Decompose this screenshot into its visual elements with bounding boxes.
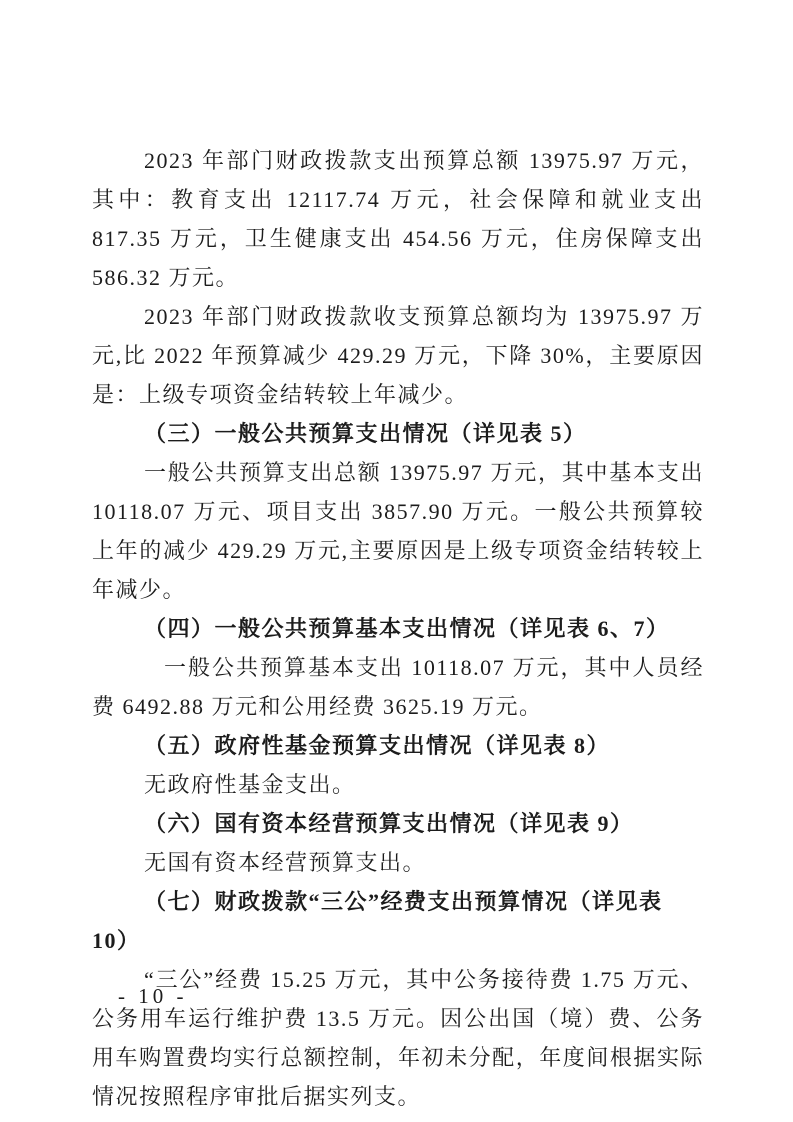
section-heading-3: （三）一般公共预算支出情况（详见表 5） xyxy=(92,414,704,453)
document-page: 2023 年部门财政拨款支出预算总额 13975.97 万元，其中：教育支出 1… xyxy=(0,0,793,1122)
document-body: 2023 年部门财政拨款支出预算总额 13975.97 万元，其中：教育支出 1… xyxy=(92,141,704,1116)
page-number: - 10 - xyxy=(118,984,188,1009)
paragraph-no-gov-fund: 无政府性基金支出。 xyxy=(92,765,704,804)
section-heading-5: （五）政府性基金预算支出情况（详见表 8） xyxy=(92,726,704,765)
paragraph-no-state-capital: 无国有资本经营预算支出。 xyxy=(92,843,704,882)
section-heading-4: （四）一般公共预算基本支出情况（详见表 6、7） xyxy=(92,609,704,648)
paragraph-basic-expense: 一般公共预算基本支出 10118.07 万元，其中人员经费 6492.88 万元… xyxy=(92,648,704,726)
paragraph-budget-comparison: 2023 年部门财政拨款收支预算总额均为 13975.97 万元,比 2022 … xyxy=(92,297,704,414)
section-heading-7: （七）财政拨款“三公”经费支出预算情况（详见表 10） xyxy=(92,882,704,960)
paragraph-general-public-budget: 一般公共预算支出总额 13975.97 万元，其中基本支出 10118.07 万… xyxy=(92,453,704,609)
paragraph-fiscal-expense-total: 2023 年部门财政拨款支出预算总额 13975.97 万元，其中：教育支出 1… xyxy=(92,141,704,297)
section-heading-6: （六）国有资本经营预算支出情况（详见表 9） xyxy=(92,804,704,843)
